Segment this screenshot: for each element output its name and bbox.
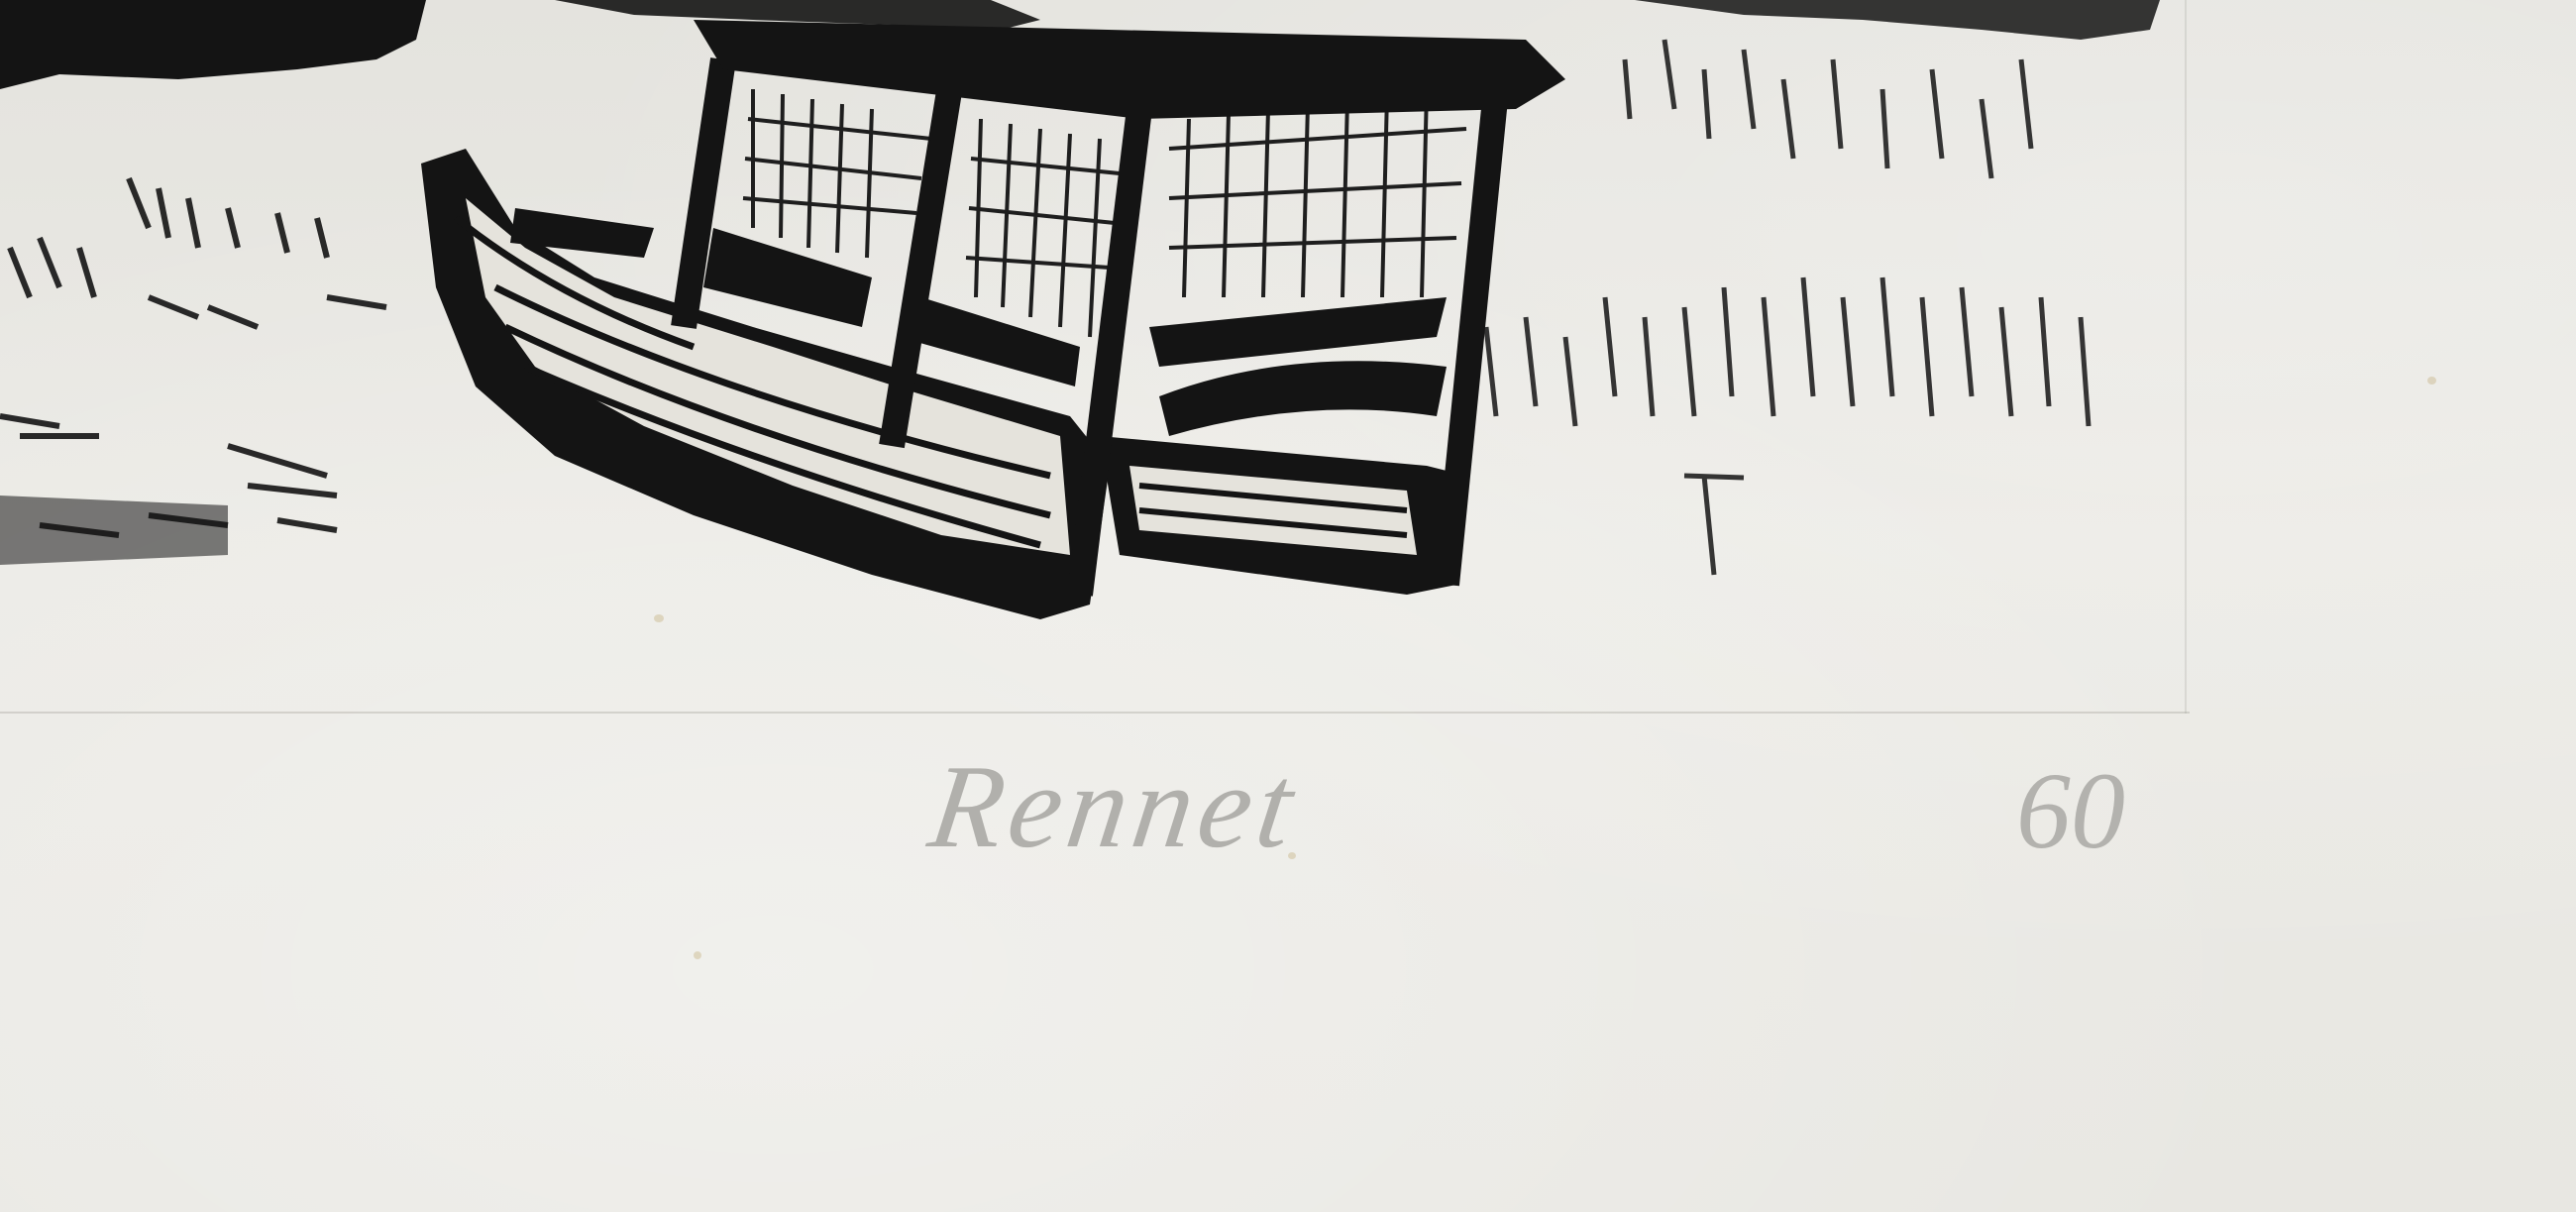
etching-illustration bbox=[0, 0, 2576, 1212]
pencil-signature: Rennet bbox=[921, 738, 1307, 875]
foxing-spot bbox=[2427, 377, 2436, 385]
pencil-edition-number: 60 bbox=[2016, 748, 2125, 874]
etched-plate-area bbox=[0, 0, 2190, 723]
plate-mark-right bbox=[2185, 0, 2187, 714]
foxing-spot bbox=[694, 951, 701, 959]
plate-mark-bottom bbox=[0, 712, 2190, 714]
foxing-spot bbox=[654, 614, 664, 622]
foxing-spot bbox=[1288, 852, 1296, 859]
